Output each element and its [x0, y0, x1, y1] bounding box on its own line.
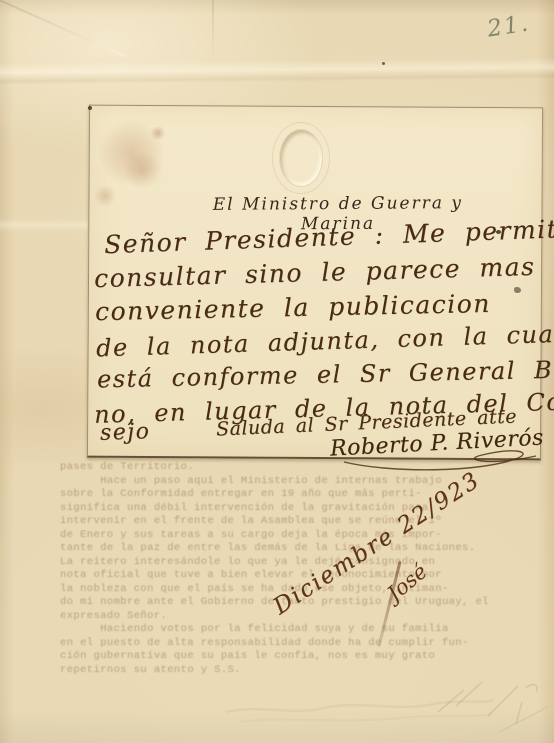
typed-line: de Enero y sus tareas a su cargo deja la… [60, 529, 538, 543]
ink-speck [88, 106, 92, 110]
folio-number: 21. [486, 8, 551, 53]
paper-crease [212, 0, 214, 64]
typed-line: tante de la paz de entre las demás de la… [60, 542, 538, 556]
scanned-document-page: 21. El Ministro de Guerra y Marina Señor… [0, 0, 554, 743]
paper-fold [0, 57, 554, 85]
pencil-scribble [430, 672, 554, 740]
typed-line: intervenir en el frente de la Asamblea q… [60, 515, 538, 529]
typed-line: Haciendo votos por la felicidad suya y d… [60, 623, 538, 637]
ink-speck [496, 230, 501, 234]
typed-line: significa una débil intervención de la g… [60, 502, 538, 516]
foxing-stain [150, 126, 166, 140]
paper-crease [0, 0, 125, 57]
handwriting-line: sejo [100, 419, 151, 446]
ink-speck [382, 62, 385, 65]
typed-line: ción gubernativa que su país le confía, … [60, 650, 538, 664]
ink-smudge [514, 287, 521, 293]
typed-line: expresado Señor. [60, 610, 538, 624]
foxing-stain [92, 185, 118, 207]
foxing-stain [120, 150, 166, 190]
typed-line: en el puesto de alta responsabilidad don… [60, 637, 538, 651]
embossed-seal [280, 130, 322, 186]
typed-line: La reitero interesándole lo que ya le de… [60, 556, 538, 570]
paper-fold [0, 218, 100, 232]
